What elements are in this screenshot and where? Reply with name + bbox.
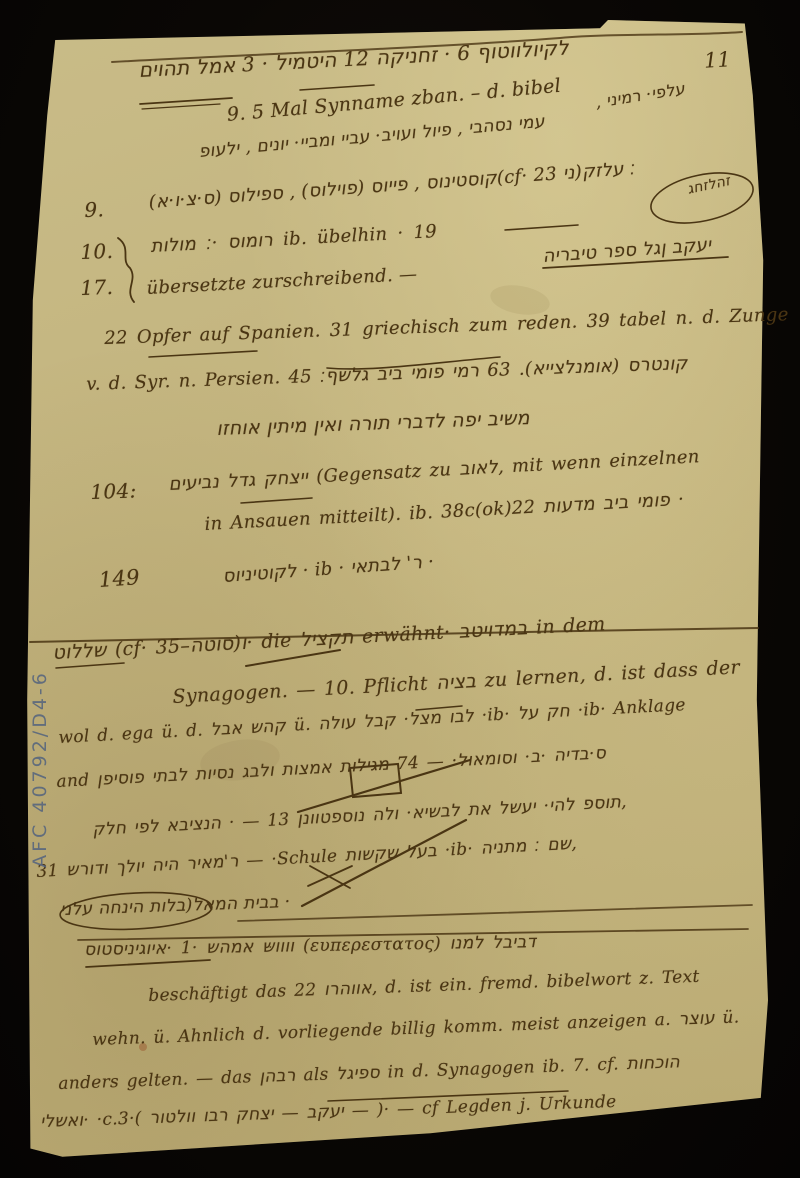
- page-number: 11: [703, 47, 731, 72]
- handwriting-line: 104:: [90, 478, 137, 504]
- handwriting-line: 10.: [80, 239, 114, 264]
- scanned-manuscript-page: { "page": { "number": "11", "archive_mar…: [0, 0, 800, 1178]
- handwriting-line: 17.: [80, 275, 114, 300]
- handwriting-line: 149: [98, 565, 141, 592]
- handwriting-line: 9.: [84, 197, 105, 222]
- archive-mark: AFC 40792/D4-6: [29, 634, 51, 904]
